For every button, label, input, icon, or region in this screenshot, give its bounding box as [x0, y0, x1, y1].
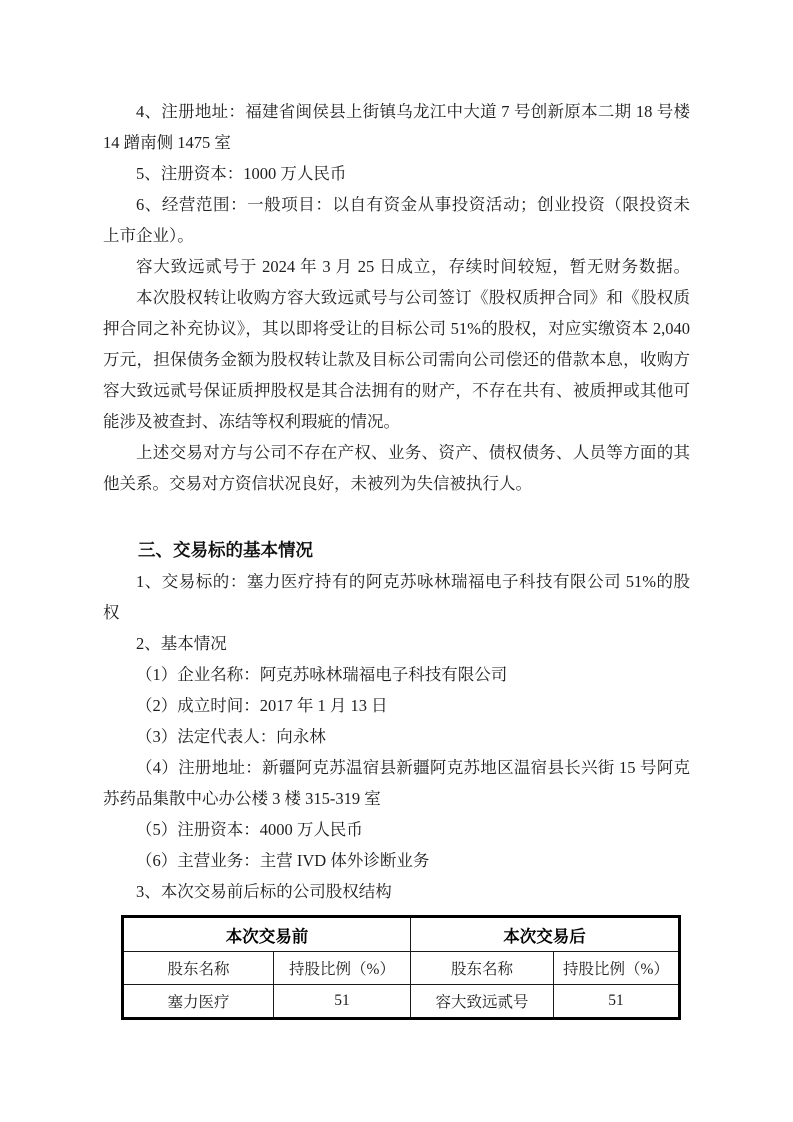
- doc-line: 上述交易对方与公司不存在产权、业务、资产、债权债务、人员等方面的其: [103, 437, 690, 468]
- shareholding-ratio-cell: 51: [554, 985, 680, 1019]
- table-row: 塞力医疗 51 容大致远贰号 51: [123, 985, 680, 1019]
- shareholder-name-cell: 塞力医疗: [123, 985, 274, 1019]
- doc-line: （3）法定代表人：向永林: [103, 721, 690, 752]
- doc-line: 5、注册资本：1000 万人民币: [103, 158, 690, 189]
- column-header-shareholder-name: 股东名称: [411, 952, 554, 985]
- doc-line: 能涉及被查封、冻结等权利瑕疵的情况。: [103, 406, 690, 437]
- doc-line: 他关系。交易对方资信状况良好，未被列为失信被执行人。: [103, 468, 690, 499]
- document-page: 4、注册地址：福建省闽侯县上街镇乌龙江中大道 7 号创新原本二期 18 号楼 1…: [0, 0, 793, 1122]
- doc-line: 权: [103, 597, 690, 628]
- doc-line: 14 蹭南侧 1475 室: [103, 127, 690, 158]
- column-header-shareholding-ratio: 持股比例（%）: [274, 952, 411, 985]
- merged-header-pre-transaction: 本次交易前: [123, 917, 411, 952]
- doc-line: 押合同之补充协议》，其以即将受让的目标公司 51%的股权，对应实缴资本 2,04…: [103, 313, 690, 344]
- section-heading: 三、交易标的基本情况: [103, 535, 690, 566]
- merged-header-post-transaction: 本次交易后: [411, 917, 680, 952]
- doc-line: 2、基本情况: [103, 628, 690, 659]
- doc-line: （5）注册资本：4000 万人民币: [103, 814, 690, 845]
- doc-line: （1）企业名称：阿克苏咏林瑞福电子科技有限公司: [103, 659, 690, 690]
- doc-line: （6）主营业务：主营 IVD 体外诊断业务: [103, 845, 690, 876]
- document-body: 4、注册地址：福建省闽侯县上街镇乌龙江中大道 7 号创新原本二期 18 号楼 1…: [103, 96, 690, 1020]
- doc-line: 1、交易标的：塞力医疗持有的阿克苏咏林瑞福电子科技有限公司 51%的股: [103, 566, 690, 597]
- doc-line: 万元，担保债务金额为股权转让款及目标公司需向公司偿还的借款本息，收购方: [103, 344, 690, 375]
- doc-line: （4）注册地址：新疆阿克苏温宿县新疆阿克苏地区温宿县长兴街 15 号阿克: [103, 752, 690, 783]
- table-column-header-row: 股东名称 持股比例（%） 股东名称 持股比例（%）: [123, 952, 680, 985]
- column-header-shareholding-ratio: 持股比例（%）: [554, 952, 680, 985]
- table-merged-header-row: 本次交易前 本次交易后: [123, 917, 680, 952]
- doc-line: 4、注册地址：福建省闽侯县上街镇乌龙江中大道 7 号创新原本二期 18 号楼: [103, 96, 690, 127]
- equity-structure-table: 本次交易前 本次交易后 股东名称 持股比例（%） 股东名称 持股比例（%） 塞力…: [121, 915, 681, 1020]
- shareholder-name-cell: 容大致远贰号: [411, 985, 554, 1019]
- doc-line: 苏药品集散中心办公楼 3 楼 315-319 室: [103, 783, 690, 814]
- doc-line: 上市企业）。: [103, 220, 690, 251]
- column-header-shareholder-name: 股东名称: [123, 952, 274, 985]
- doc-line: 容大致远贰号保证质押股权是其合法拥有的财产，不存在共有、被质押或其他可: [103, 375, 690, 406]
- doc-line: 容大致远贰号于 2024 年 3 月 25 日成立，存续时间较短，暂无财务数据。: [103, 251, 690, 282]
- shareholding-ratio-cell: 51: [274, 985, 411, 1019]
- doc-line: 本次股权转让收购方容大致远贰号与公司签订《股权质押合同》和《股权质: [103, 282, 690, 313]
- doc-line: 3、本次交易前后标的公司股权结构: [103, 876, 690, 907]
- doc-line: 6、经营范围：一般项目：以自有资金从事投资活动；创业投资（限投资未: [103, 189, 690, 220]
- doc-line: （2）成立时间：2017 年 1 月 13 日: [103, 690, 690, 721]
